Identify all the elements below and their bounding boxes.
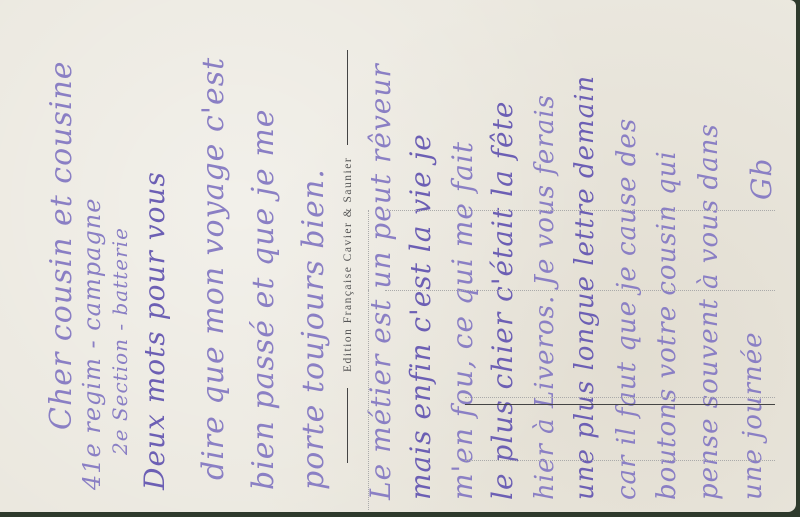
- address-rule: [465, 460, 775, 461]
- message-line: Cher cousin et cousine: [44, 60, 79, 430]
- address-line: [368, 290, 369, 490]
- message-line: hier à Liveros. Je vous ferais: [530, 94, 560, 500]
- message-line: porte toujours bien.: [296, 168, 331, 490]
- message-line: Deux mots pour vous: [138, 171, 171, 490]
- message-line: bien passé et que je me: [246, 108, 281, 490]
- message-line: 41e regim - campagne: [78, 198, 106, 490]
- address-rule: [385, 210, 775, 211]
- message-line: pense souvent à vous dans: [694, 123, 724, 500]
- message-line: dire que mon voyage c'est: [196, 57, 231, 480]
- publisher-imprint: Edition Française Cavier & Saunier: [342, 157, 354, 372]
- message-line: le plus chier c'était la fête: [486, 101, 519, 500]
- postcard-back: Cher cousin et cousine 41e regim - campa…: [0, 0, 796, 512]
- address-rule: [465, 397, 775, 398]
- message-line: une journée: [738, 331, 768, 500]
- signature: Gb: [745, 158, 778, 200]
- address-rule: [385, 290, 775, 291]
- message-line: car il faut que je cause des: [612, 118, 642, 500]
- message-line: boutons votre cousin qui: [652, 150, 682, 500]
- message-line: une plus longue lettre demain: [570, 75, 600, 500]
- message-line: m'en fou, ce qui me fait: [446, 141, 479, 500]
- divider-top: [347, 50, 348, 145]
- address-rule-solid: [465, 404, 775, 405]
- divider-bottom: [347, 388, 348, 463]
- message-line: mais enfin c'est la vie je: [404, 133, 437, 500]
- message-line: 2e Section - batterie: [108, 227, 132, 455]
